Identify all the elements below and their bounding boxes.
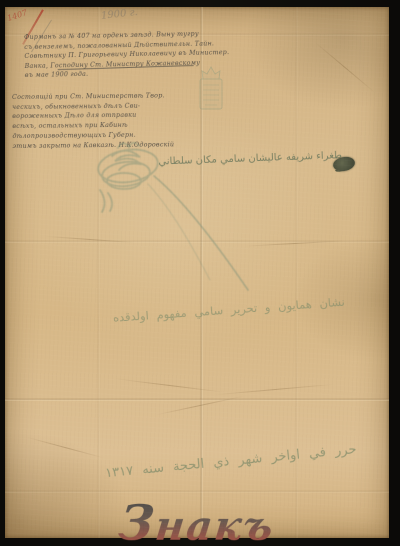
ottoman-text-line-1: نشان همايون و تحرير سامي مفهوم اولدقده (105, 295, 345, 326)
red-archival-number: 1407 (6, 8, 28, 23)
pencil-year-note: 1900 г. (101, 7, 139, 22)
handwritten-line: Состоящій при Ст. Министерствѣ Твор. (12, 91, 174, 102)
caption-znak: Знакъ (2, 496, 392, 546)
crinkle-line (115, 378, 224, 392)
scan-frame: 1407 1900 г. Фирманъ за № 407 на орденъ … (0, 0, 400, 546)
fold-crease-horizontal-bottom (5, 490, 389, 493)
paper-sheet: 1407 1900 г. Фирманъ за № 407 на орденъ … (5, 7, 389, 538)
crinkle-line (215, 384, 335, 395)
crinkle-line (314, 41, 376, 93)
official-stamp-icon (196, 66, 226, 112)
crinkle-line (26, 437, 104, 459)
fold-crease-horizontal-lower (5, 398, 389, 401)
ottoman-text-line-2: حرر في اواخر شهر ذي الحجة سنه ١٣١٧ (107, 442, 357, 481)
